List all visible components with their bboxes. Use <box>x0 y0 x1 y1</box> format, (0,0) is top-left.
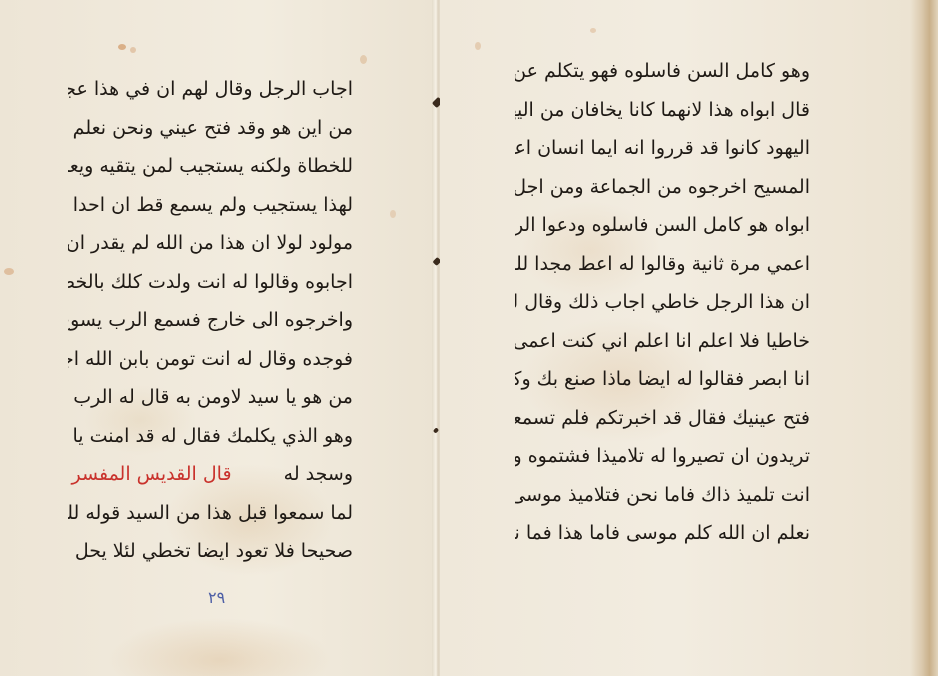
text-line: وهو كامل السن فاسلوه فهو يتكلم عن نفسه <box>515 52 810 91</box>
ink-stain <box>475 42 481 50</box>
text-line: لهذا يستجيب ولم يسمع قط ان احدا فتح عيني… <box>68 186 353 225</box>
text-segment: وسجد له <box>284 463 353 485</box>
ink-stain <box>590 28 596 33</box>
text-line: تريدون ان تصيروا له تلاميذا فشتموه وقالو… <box>515 437 810 476</box>
text-line: للخطاة ولكنه يستجيب لمن يتقيه ويعمل اراد… <box>68 147 353 186</box>
text-line: انت تلميذ ذاك فاما نحن فتلاميذ موسى ونحن <box>515 476 810 515</box>
red-rubric-heading: قال القديس المفسر <box>72 463 232 485</box>
folio-number: ٢٩ <box>208 588 225 607</box>
text-line: واخرجوه الى خارج فسمع الرب يسوع انهم اخر… <box>68 301 353 340</box>
text-line: مولود لولا ان هذا من الله لم يقدر ان يفع… <box>68 224 353 263</box>
text-line: فوجده وقال له انت تومن بابن الله اجاب ذل… <box>68 340 353 379</box>
text-line: ان هذا الرجل خاطي اجاب ذلك وقال لهم ان ك… <box>515 283 810 322</box>
text-line: خاطيا فلا اعلم انا اعلم اني كنت اعمى وال… <box>515 322 810 361</box>
ink-stain <box>118 44 126 50</box>
ink-stain <box>130 47 136 53</box>
text-line: صحيحا فلا تعود ايضا تخطي لئلا يحل بك ما … <box>68 532 353 571</box>
text-line: من هو يا سيد لاومن به قال له الرب يسوع ق… <box>68 378 353 417</box>
text-line: فتح عينيك فقال قد اخبرتكم فلم تسمعوا الع… <box>515 399 810 438</box>
ink-stain <box>360 55 367 64</box>
text-line: اجاب الرجل وقال لهم ان في هذا عجبا انكم … <box>68 70 353 109</box>
ink-stain <box>4 268 14 275</box>
text-line: اليهود كانوا قد قرروا انه ايما انسان اعت… <box>515 129 810 168</box>
manuscript-spread: اجاب الرجل وقال لهم ان في هذا عجبا انكم … <box>0 0 938 676</box>
page-fore-edge <box>910 0 938 676</box>
text-line: قال ابواه هذا لانهما كانا يخافان من اليه… <box>515 91 810 130</box>
left-page-text: اجاب الرجل وقال لهم ان في هذا عجبا انكم … <box>68 70 353 571</box>
text-line: المسيح اخرجوه من الجماعة ومن اجل هذا قال <box>515 168 810 207</box>
right-page-text: وهو كامل السن فاسلوه فهو يتكلم عن نفسه ق… <box>515 52 810 553</box>
text-line: نعلم ان الله كلم موسى فاما هذا فما ندري … <box>515 514 810 553</box>
ink-stain <box>390 210 396 218</box>
text-line: انا ابصر فقالوا له ايضا ماذا صنع بك وكيف <box>515 360 810 399</box>
text-line: اجابوه وقالوا له انت ولدت كلك بالخطايا و… <box>68 263 353 302</box>
text-line: لما سمعوا قبل هذا من السيد قوله للمخلع ه… <box>68 494 353 533</box>
text-line: اعمي مرة ثانية وقالوا له اعط مجدا لله فا… <box>515 245 810 284</box>
text-line: وهو الذي يكلمك فقال له قد امنت يا سيد <box>68 417 353 456</box>
text-line: ابواه هو كامل السن فاسلوه ودعوا الرجل ال… <box>515 206 810 245</box>
text-line: من اين هو وقد فتح عيني ونحن نعلم ان الله… <box>68 109 353 148</box>
text-line-with-rubric: وسجد له قال القديس المفسر ان التلاميذ <box>68 455 353 494</box>
